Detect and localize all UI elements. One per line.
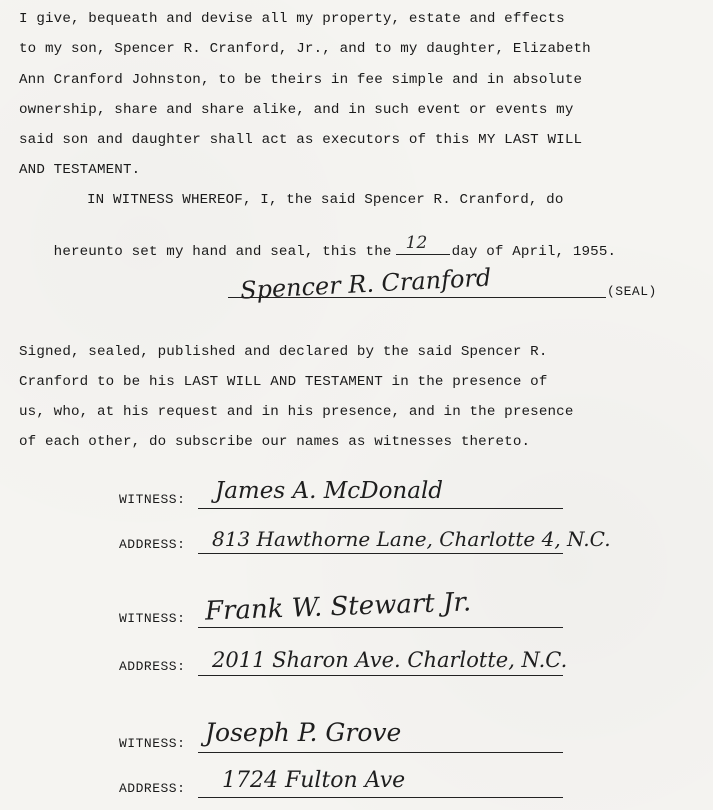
witness-label: WITNESS: [119,492,185,507]
address-label: ADDRESS: [119,537,185,552]
paragraph-line: ownership, share and share alike, and in… [19,101,574,119]
testimonium-date-line: hereunto set my hand and seal, this the1… [19,222,616,279]
witness-signature-line [198,752,563,753]
seal-label: (SEAL) [607,284,657,299]
witness-address: 1724 Fulton Ave [222,768,405,793]
witness-address: 813 Hawthorne Lane, Charlotte 4, N.C. [212,527,611,551]
day-blank: 12 [396,240,450,255]
attestation-line: of each other, do subscribe our names as… [19,433,530,451]
paragraph-line: to my son, Spencer R. Cranford, Jr., and… [19,40,591,58]
attestation-line: us, who, at his request and in his prese… [19,403,574,421]
address-line [198,675,563,676]
paragraph-line: AND TESTAMENT. [19,161,140,179]
witness-signature-line [198,627,563,628]
paragraph-line: I give, bequeath and devise all my prope… [19,10,565,28]
witness-signature: James A. McDonald [215,478,443,504]
address-line [198,797,563,798]
witness-address: 2011 Sharon Ave. Charlotte, N.C. [212,648,567,672]
attestation-line: Cranford to be his LAST WILL AND TESTAME… [19,373,548,391]
testimonium-text: day of April, 1955. [452,244,617,260]
testimonium-text: hereunto set my hand and seal, this the [54,244,392,260]
attestation-line: Signed, sealed, published and declared b… [19,343,548,361]
paragraph-line: said son and daughter shall act as execu… [19,131,582,149]
witness-signature: Joseph P. Grove [205,718,401,747]
document-page: I give, bequeath and devise all my prope… [0,0,713,810]
witness-label: WITNESS: [119,736,185,751]
address-label: ADDRESS: [119,659,185,674]
witness-signature-line [198,508,563,509]
witness-label: WITNESS: [119,611,185,626]
paragraph-line: Ann Cranford Johnston, to be theirs in f… [19,71,582,89]
address-label: ADDRESS: [119,781,185,796]
day-handwritten: 12 [406,234,428,252]
address-line [198,553,563,554]
witness-signature: Frank W. Stewart Jr. [205,587,472,626]
testimonium-line: IN WITNESS WHEREOF, I, the said Spencer … [87,191,564,209]
